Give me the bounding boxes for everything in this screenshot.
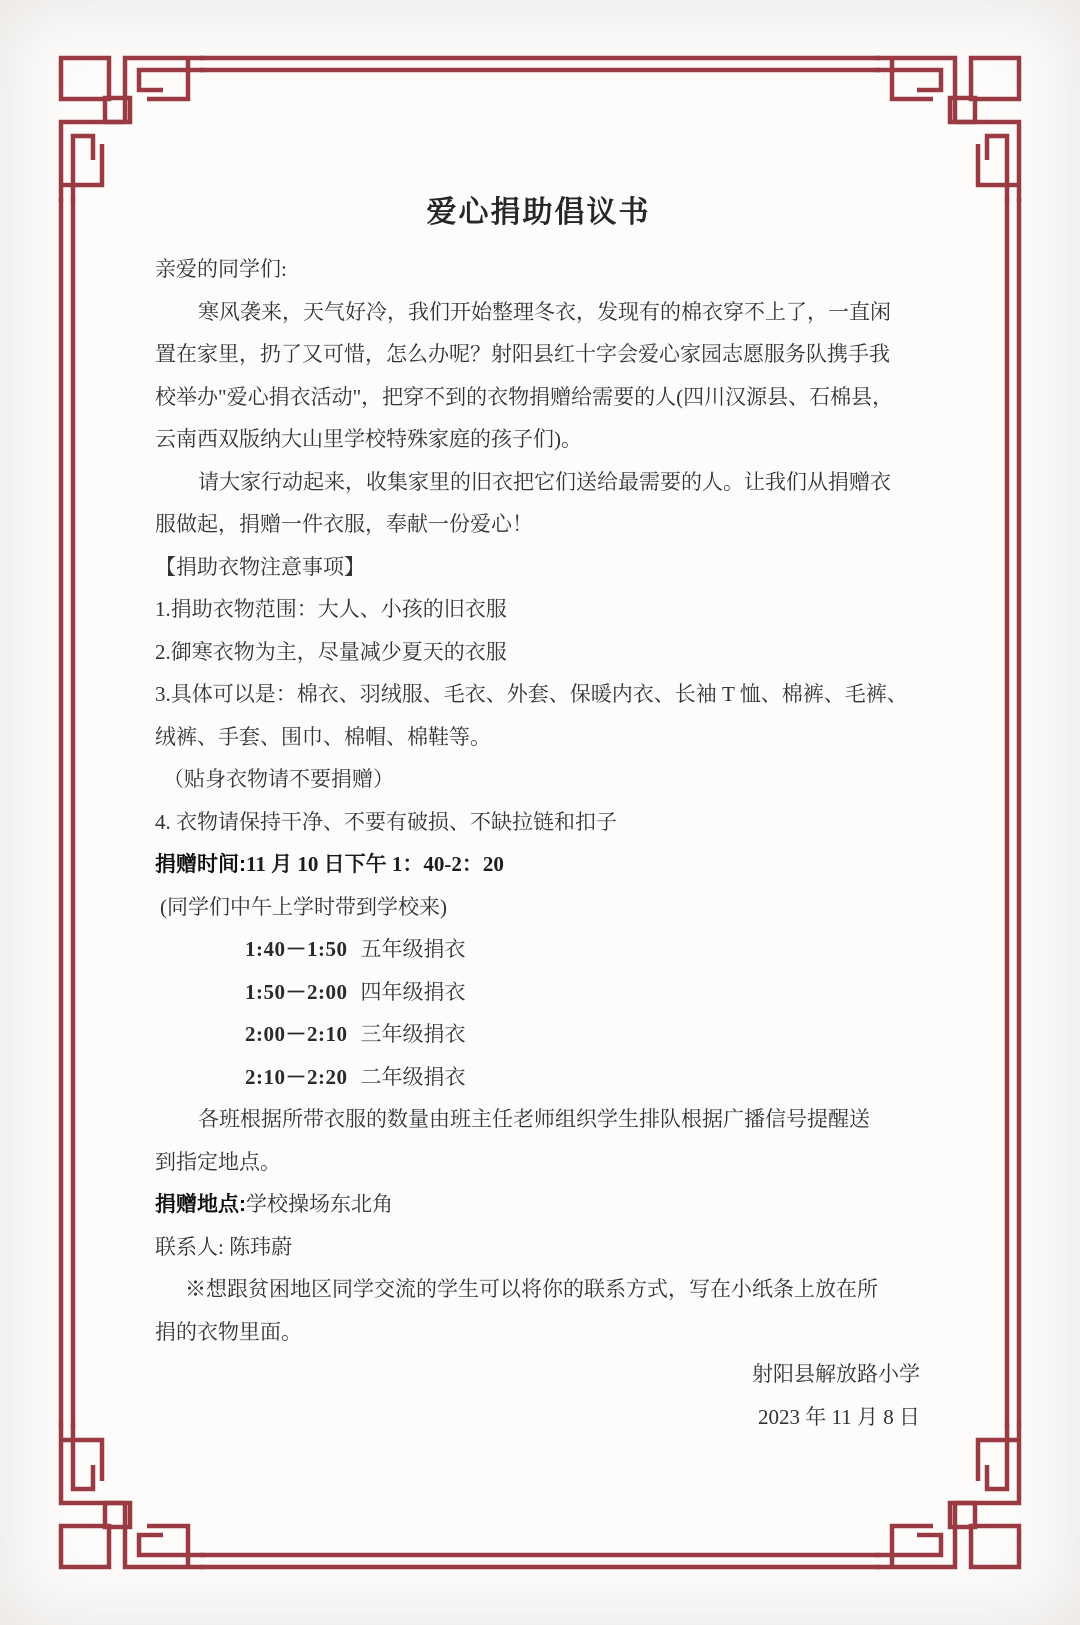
schedule-time: 1:40－1:50 [245,937,348,961]
paragraph3-line1: 各班根据所带衣服的数量由班主任老师组织学生排队根据广播信号提醒送 [155,1098,922,1141]
notice-item-4: 4. 衣物请保持干净、不要有破损、不缺拉链和扣子 [155,801,922,844]
donation-place-value: 学校操场东北角 [246,1192,393,1216]
date-line: 2023 年 11 月 8 日 [155,1396,922,1439]
signature-line: 射阳县解放路小学 [155,1353,922,1396]
footnote-line2: 捐的衣物里面。 [155,1311,922,1354]
corner-ornament-bottom-left [61,1423,205,1567]
schedule-time: 2:00－2:10 [245,1022,348,1046]
paragraph2-line2: 服做起，捐赠一件衣服，奉献一份爱心！ [155,503,922,546]
paragraph1-line2: 置在家里，扔了又可惜，怎么办呢？射阳县红十字会爱心家园志愿服务队携手我 [155,333,922,376]
paragraph1-line3: 校举办"爱心捐衣活动"，把穿不到的衣物捐赠给需要的人(四川汉源县、石棉县， [155,376,922,419]
schedule-row-grade3: 2:00－2:10三年级捐衣 [155,1013,922,1056]
document-title: 爱心捐助倡议书 [155,190,922,248]
schedule-time: 1:50－2:00 [245,980,348,1004]
corner-ornament-top-right [875,58,1019,202]
schedule-row-grade2: 2:10－2:20二年级捐衣 [155,1056,922,1099]
corner-ornament-bottom-right [875,1423,1019,1567]
donation-time-label: 捐赠时间: [155,853,246,876]
schedule-grade: 三年级捐衣 [361,1022,466,1046]
notice-header: 【捐助衣物注意事项】 [155,546,922,589]
notice-item-3-note: （贴身衣物请不要捐赠） [155,758,922,801]
paragraph3-line2: 到指定地点。 [155,1141,922,1184]
schedule-grade: 二年级捐衣 [361,1065,466,1089]
schedule-grade: 五年级捐衣 [361,937,466,961]
schedule-time: 2:10－2:20 [245,1065,348,1089]
donation-time-note: (同学们中午上学时带到学校来) [155,886,922,929]
notice-item-3-line1: 3.具体可以是：棉衣、羽绒服、毛衣、外套、保暖内衣、长袖 T 恤、棉裤、毛裤、 [155,673,922,716]
notice-item-2: 2.御寒衣物为主，尽量减少夏天的衣服 [155,631,922,674]
salutation-line: 亲爱的同学们: [155,248,922,291]
corner-ornament-top-left [61,58,205,202]
document-body: 爱心捐助倡议书 亲爱的同学们: 寒风袭来，天气好冷，我们开始整理冬衣，发现有的棉… [155,190,922,1438]
footnote-line1: ※想跟贫困地区同学交流的学生可以将你的联系方式，写在小纸条上放在所 [155,1268,922,1311]
donation-time-line: 捐赠时间:11 月 10 日下午 1：40-2：20 [155,843,922,886]
donation-place-label: 捐赠地点: [155,1193,246,1216]
donation-proposal-page: 爱心捐助倡议书 亲爱的同学们: 寒风袭来，天气好冷，我们开始整理冬衣，发现有的棉… [0,0,1080,1625]
schedule-row-grade4: 1:50－2:00四年级捐衣 [155,971,922,1014]
paragraph1-line4: 云南西双版纳大山里学校特殊家庭的孩子们)。 [155,418,922,461]
notice-item-1: 1.捐助衣物范围：大人、小孩的旧衣服 [155,588,922,631]
donation-place-line: 捐赠地点:学校操场东北角 [155,1183,922,1226]
schedule-row-grade5: 1:40－1:50五年级捐衣 [155,928,922,971]
schedule-grade: 四年级捐衣 [361,980,466,1004]
donation-time-value: 11 月 10 日下午 1：40-2：20 [246,852,504,876]
paragraph1-line1: 寒风袭来，天气好冷，我们开始整理冬衣，发现有的棉衣穿不上了，一直闲 [155,291,922,334]
contact-line: 联系人: 陈玮蔚 [155,1226,922,1269]
paragraph2-line1: 请大家行动起来，收集家里的旧衣把它们送给最需要的人。让我们从捐赠衣 [155,461,922,504]
notice-item-3-line2: 绒裤、手套、围巾、棉帽、棉鞋等。 [155,716,922,759]
